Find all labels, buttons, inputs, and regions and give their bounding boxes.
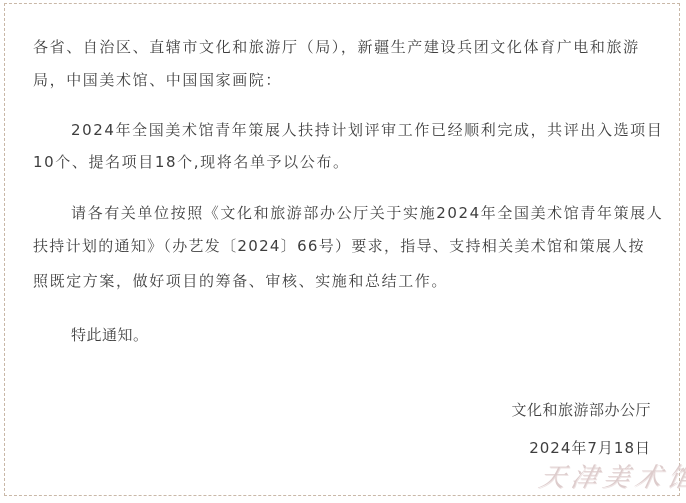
paragraph-1-line-2: 10个、提名项目18个,现将名单予以公布。 bbox=[33, 152, 350, 172]
watermark-logo: 天津美术馆 bbox=[536, 457, 686, 494]
paragraph-2-line-3: 照既定方案，做好项目的筹备、审核、实施和总结工作。 bbox=[33, 271, 448, 291]
issuer-signature: 文化和旅游部办公厅 bbox=[511, 400, 651, 420]
issue-date: 2024年7月18日 bbox=[529, 438, 651, 458]
paragraph-2-line-1: 请各有关单位按照《文化和旅游部办公厅关于实施2024年全国美术馆青年策展人 bbox=[71, 203, 663, 223]
salutation-line-1: 各省、自治区、直辖市文化和旅游厅（局），新疆生产建设兵团文化体育广电和旅游 bbox=[33, 37, 640, 57]
paragraph-1-line-1: 2024年全国美术馆青年策展人扶持计划评审工作已经顺利完成，共评出入选项目 bbox=[71, 120, 663, 140]
closing-text: 特此通知。 bbox=[71, 325, 149, 345]
paragraph-2-line-2: 扶持计划的通知》（办艺发〔2024〕66号）要求，指导、支持相关美术馆和策展人按 bbox=[33, 236, 645, 256]
salutation-line-2: 局，中国美术馆、中国国家画院： bbox=[33, 70, 282, 90]
